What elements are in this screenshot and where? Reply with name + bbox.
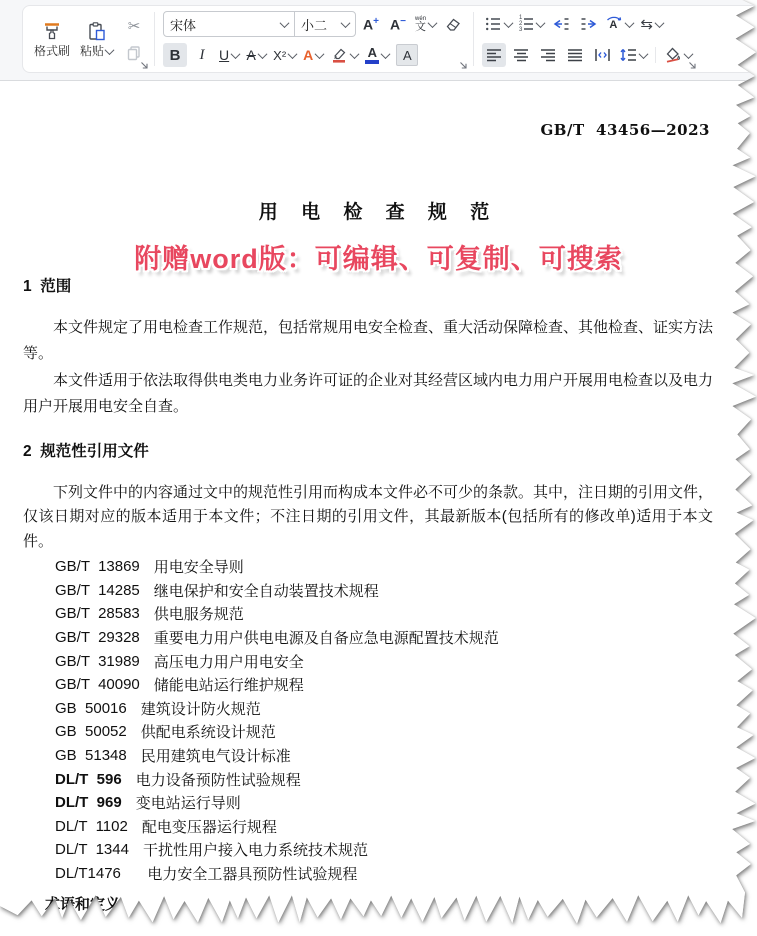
- bullet-list-button[interactable]: [482, 12, 514, 36]
- format-painter-icon: [41, 21, 63, 43]
- chevron-down-icon: [655, 18, 665, 28]
- text-effects-icon: A: [303, 47, 313, 63]
- font-size-select[interactable]: 小二: [294, 12, 355, 36]
- chevron-down-icon: [536, 18, 546, 28]
- chevron-down-icon: [231, 49, 241, 59]
- group-divider: [154, 12, 155, 66]
- decrease-indent-icon: [552, 15, 571, 33]
- section-2-heading: 2 规范性引用文件: [23, 439, 149, 461]
- paste-label: 粘贴: [80, 45, 104, 57]
- phonetic-guide-icon: wén 文: [415, 16, 426, 33]
- highlight-color-button[interactable]: [328, 43, 360, 67]
- reference-row: GB/T 31989高压电力用户用电安全: [55, 649, 499, 673]
- reference-row: GB/T 28583供电服务规范: [55, 602, 499, 626]
- format-painter-button[interactable]: 格式刷: [29, 18, 75, 60]
- section-2-body: 下列文件中的内容通过文中的规范性引用而构成本文件必不可少的条款。其中，注日期的引…: [23, 481, 713, 554]
- align-center-icon: [513, 48, 530, 63]
- paragraph-row-1: 123: [482, 9, 665, 39]
- align-center-button[interactable]: [509, 43, 533, 67]
- reference-row: GB/T 14285继电保护和安全自动装置技术规程: [55, 579, 499, 603]
- line-spacing-button[interactable]: [617, 43, 649, 67]
- paragraph-group: 123: [476, 6, 700, 72]
- cut-button[interactable]: ✂: [122, 14, 146, 38]
- align-right-button[interactable]: [536, 43, 560, 67]
- paragraph: 本文件规定了用电检查工作规范，包括常规用电安全检查、重大活动保障检查、其他检查、…: [23, 315, 713, 368]
- chevron-down-icon: [639, 49, 649, 59]
- numbered-list-icon: 123: [519, 15, 534, 33]
- clipboard-dialog-launcher-icon[interactable]: [140, 61, 149, 70]
- paste-button[interactable]: 粘贴: [75, 18, 118, 60]
- paragraph: 本文件适用于依法取得供电类电力业务许可证的企业对其经营区域内电力用户开展用电检查…: [23, 368, 713, 421]
- cut-copy-column: ✂: [122, 14, 146, 65]
- reference-row: GB/T 13869用电安全导则: [55, 555, 499, 579]
- font-color-icon: A: [365, 46, 379, 64]
- chevron-down-icon: [341, 18, 351, 28]
- paragraph-dialog-launcher-icon[interactable]: [688, 61, 697, 70]
- reference-row: GB/T 40090储能电站运行维护规程: [55, 673, 499, 697]
- phonetic-guide-button[interactable]: wén 文: [413, 12, 438, 36]
- font-size-value: 小二: [301, 15, 327, 34]
- font-family-select[interactable]: 宋体: [164, 12, 294, 36]
- wrap-swap-button[interactable]: ⇆: [638, 12, 665, 36]
- small-divider: [655, 47, 656, 63]
- copy-icon: [126, 45, 142, 61]
- underline-button[interactable]: U: [217, 43, 241, 67]
- scissors-icon: ✂: [128, 17, 141, 35]
- character-shading-button[interactable]: A: [394, 43, 420, 67]
- reference-row: DL/T 1102配电变压器运行规程: [55, 815, 499, 839]
- font-color-button[interactable]: A: [363, 43, 391, 67]
- font-combo-group: 宋体 小二: [163, 11, 356, 37]
- ribbon-toolbar: 格式刷 粘贴: [0, 0, 757, 81]
- reference-row: DL/T 1344干扰性用户接入电力系统技术规范: [55, 838, 499, 862]
- grow-font-button[interactable]: A+: [359, 12, 383, 36]
- justify-button[interactable]: [563, 43, 587, 67]
- chevron-down-icon: [105, 45, 115, 55]
- paint-bucket-icon: [664, 46, 682, 64]
- distribute-button[interactable]: [590, 43, 614, 67]
- font-row-2: B I U A X²: [163, 41, 420, 69]
- shrink-font-button[interactable]: A−: [386, 12, 410, 36]
- chevron-down-icon: [504, 18, 514, 28]
- torn-screenshot-wrapper: 格式刷 粘贴: [0, 0, 757, 936]
- chevron-down-icon: [280, 18, 290, 28]
- font-family-value: 宋体: [170, 15, 196, 34]
- text-direction-button[interactable]: A: [603, 12, 635, 36]
- highlighter-icon: [330, 46, 348, 64]
- justify-icon: [567, 48, 584, 63]
- format-painter-label: 格式刷: [34, 45, 70, 57]
- strikethrough-icon: A: [246, 47, 255, 63]
- section-1-heading: 1 范围: [23, 274, 71, 296]
- partial-next-heading: 术语和定义: [45, 893, 120, 914]
- chevron-down-icon: [428, 18, 438, 28]
- reference-row: GB/T 29328重要电力用户供电电源及自备应急电源配置技术规范: [55, 626, 499, 650]
- grow-font-icon: A: [363, 16, 373, 32]
- section-1-body: 本文件规定了用电检查工作规范，包括常规用电安全检查、重大活动保障检查、其他检查、…: [23, 315, 713, 420]
- reference-row: GB 50052供配电系统设计规范: [55, 720, 499, 744]
- underline-icon: U: [219, 47, 229, 63]
- chevron-down-icon: [288, 49, 298, 59]
- strikethrough-button[interactable]: A: [244, 43, 268, 67]
- align-left-button[interactable]: [482, 43, 506, 67]
- italic-icon: I: [200, 47, 205, 64]
- reference-row: GB 51348民用建筑电气设计标准: [55, 744, 499, 768]
- document-page[interactable]: GB/T 43456—2023 用 电 检 查 规 范 附赠word版：可编辑、…: [0, 81, 757, 936]
- superscript-button[interactable]: X²: [271, 43, 298, 67]
- paste-icon: [86, 21, 108, 43]
- chevron-down-icon: [257, 49, 267, 59]
- clear-formatting-button[interactable]: [441, 12, 465, 36]
- ribbon-panel: 格式刷 粘贴: [22, 5, 757, 73]
- bold-button[interactable]: B: [163, 43, 187, 67]
- font-row-1: 宋体 小二 A+ A−: [163, 9, 465, 39]
- paragraph: 下列文件中的内容通过文中的规范性引用而构成本文件必不可少的条款。其中，注日期的引…: [23, 481, 713, 554]
- text-direction-icon: A: [605, 15, 623, 33]
- reference-list: GB/T 13869用电安全导则 GB/T 14285继电保护和安全自动装置技术…: [55, 555, 499, 885]
- text-effects-button[interactable]: A: [301, 43, 325, 67]
- line-spacing-icon: [619, 47, 637, 63]
- increase-indent-button[interactable]: [576, 12, 600, 36]
- chevron-down-icon: [625, 18, 635, 28]
- character-shading-icon: A: [396, 44, 418, 66]
- standard-code: GB/T 43456—2023: [540, 121, 710, 139]
- font-group: 宋体 小二 A+ A−: [157, 6, 471, 72]
- font-dialog-launcher-icon[interactable]: [459, 61, 468, 70]
- bold-icon: B: [170, 47, 181, 64]
- align-left-icon: [486, 48, 503, 63]
- reference-row: DL/T1476 电力安全工器具预防性试验规程: [55, 862, 499, 886]
- document-title: 用 电 检 查 规 范: [0, 197, 757, 224]
- app-window: 格式刷 粘贴: [0, 0, 757, 936]
- increase-indent-icon: [579, 15, 598, 33]
- chevron-down-icon: [350, 49, 360, 59]
- paragraph-row-2: [482, 41, 694, 69]
- bullet-list-icon: [484, 15, 502, 33]
- distribute-icon: [594, 47, 611, 63]
- superscript-icon: X²: [273, 48, 286, 63]
- chevron-down-icon: [381, 49, 391, 59]
- chevron-down-icon: [684, 49, 694, 59]
- clipboard-group: 格式刷 粘贴: [23, 6, 152, 72]
- group-divider: [473, 12, 474, 66]
- align-right-icon: [540, 48, 557, 63]
- italic-button[interactable]: I: [190, 43, 214, 67]
- reference-row: DL/T 596电力设备预防性试验规程: [55, 767, 499, 791]
- reference-row: GB 50016建筑设计防火规范: [55, 697, 499, 721]
- chevron-down-icon: [315, 49, 325, 59]
- numbered-list-button[interactable]: 123: [517, 12, 546, 36]
- shrink-font-icon: A: [390, 16, 400, 32]
- swap-arrows-icon: ⇆: [640, 15, 653, 33]
- reference-row: DL/T 969变电站运行导则: [55, 791, 499, 815]
- decrease-indent-button[interactable]: [549, 12, 573, 36]
- eraser-icon: [444, 15, 462, 33]
- watermark-banner: 附赠word版：可编辑、可复制、可搜索: [0, 237, 757, 276]
